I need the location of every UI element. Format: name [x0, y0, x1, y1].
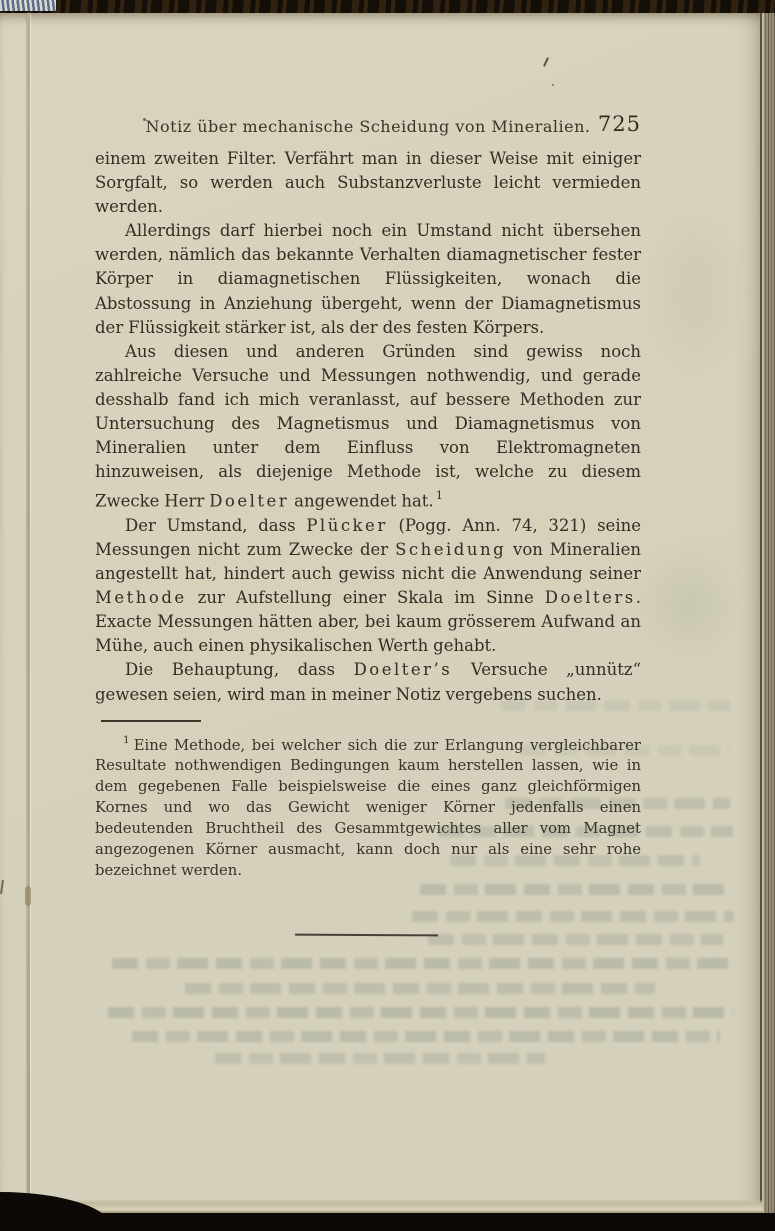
person-name-emphasis: Plücker	[306, 516, 387, 535]
ink-speck	[143, 118, 146, 121]
term-emphasis: Methode	[95, 588, 187, 607]
paragraph-text: einem zweiten Filter. Verfährt man in di…	[95, 149, 641, 216]
paragraph-text: angewendet hat.	[289, 492, 434, 511]
body-paragraph: Der Umstand, dass Plücker (Pogg. Ann. 74…	[95, 514, 641, 659]
paragraph-text: Allerdings darf hierbei noch ein Umstand…	[95, 221, 641, 336]
person-name-emphasis: Doelter’s	[354, 660, 453, 679]
footnote-ref-superscript: 1	[436, 488, 443, 502]
ink-speck	[552, 84, 554, 86]
footnote: 1Eine Methode, bei welcher sich die zur …	[95, 731, 641, 882]
printed-page-content: Notiz über mechanische Scheidung von Min…	[0, 0, 775, 1231]
paragraph-text: Aus diesen und anderen Gründen sind gewi…	[95, 342, 641, 511]
body-paragraph: Allerdings darf hierbei noch ein Umstand…	[95, 219, 641, 339]
paragraph-text: Der Umstand, dass	[125, 516, 306, 535]
body-paragraph: Die Behauptung, dass Doelter’s Versuche …	[95, 658, 641, 706]
footnote-marker: 1	[123, 734, 130, 746]
body-paragraph: einem zweiten Filter. Verfährt man in di…	[95, 147, 641, 219]
footnote-separator-rule	[101, 720, 201, 722]
paragraph-text: zur Aufstellung einer Skala im Sinne	[187, 588, 545, 607]
body-paragraph: Aus diesen und anderen Gründen sind gewi…	[95, 340, 641, 514]
text-column: einem zweiten Filter. Verfährt man in di…	[95, 0, 641, 936]
footnote-text: Eine Methode, bei welcher sich die zur E…	[95, 737, 641, 879]
person-name-emphasis: Doelters	[545, 588, 636, 607]
book-page-scan: Notiz über mechanische Scheidung von Min…	[0, 0, 775, 1231]
paragraph-text: Die Behauptung, dass	[125, 660, 354, 679]
person-name-emphasis: Doelter	[209, 492, 289, 511]
section-end-rule	[295, 934, 438, 937]
term-emphasis: Scheidung	[395, 540, 506, 559]
